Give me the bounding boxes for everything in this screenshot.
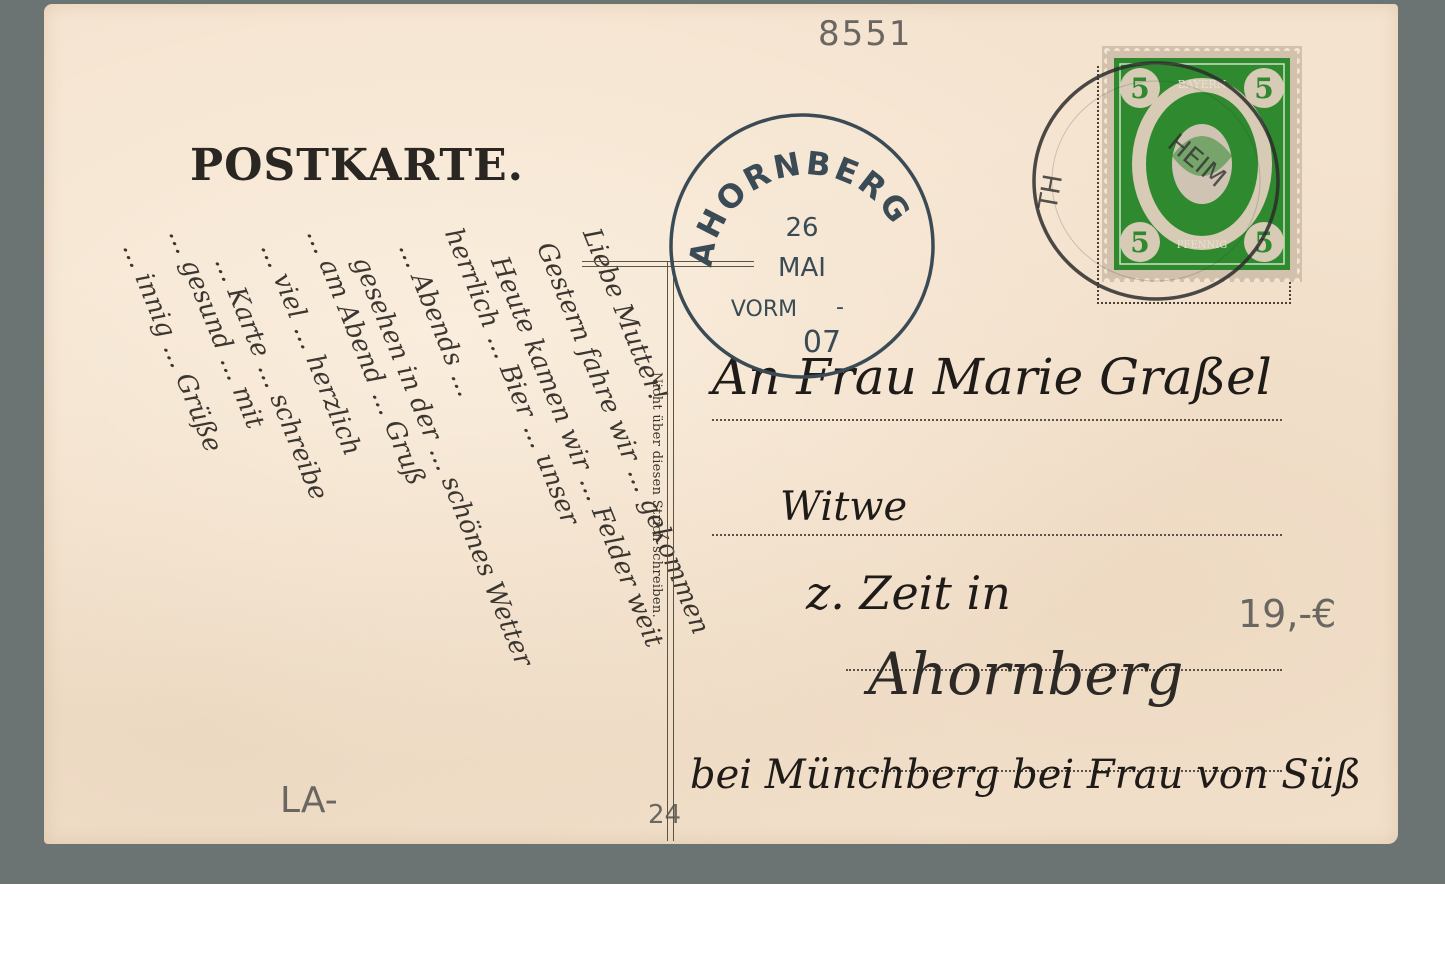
postmark-ahornberg: AHORNBERG 26 MAI VORM - 07 [664,108,940,388]
postmark-town: AHORNBERG [681,144,919,269]
svg-text:TH: TH [1033,172,1069,213]
pencil-note-left: LA- [280,780,338,821]
address-line [712,419,1282,421]
archive-number: 8551 [818,14,913,54]
postmark-cancel: TH HEIM [1016,56,1296,310]
address-line [712,534,1282,536]
address-line-2: Witwe [780,484,907,530]
address-line-3: z. Zeit in [806,566,1011,620]
postmark-day: 26 [785,213,818,243]
address-line-5: bei Münchberg bei Frau von Süß [690,752,1361,798]
postmark-time: VORM [731,297,797,322]
price-note: 19,-€ [1238,592,1336,636]
postmark-month: MAI [778,253,826,283]
svg-text:AHORNBERG: AHORNBERG [681,144,919,269]
pencil-note-bottom: 24 [648,800,681,830]
divider-note: Nicht über diesen Strich schreiben. [640,372,664,782]
postmark-year: 07 [803,325,841,360]
svg-text:HEIM: HEIM [1162,128,1232,193]
postcard-title: POSTKARTE. [190,140,524,191]
svg-text:-: - [836,295,844,320]
address-line-4: Ahornberg [868,640,1184,708]
